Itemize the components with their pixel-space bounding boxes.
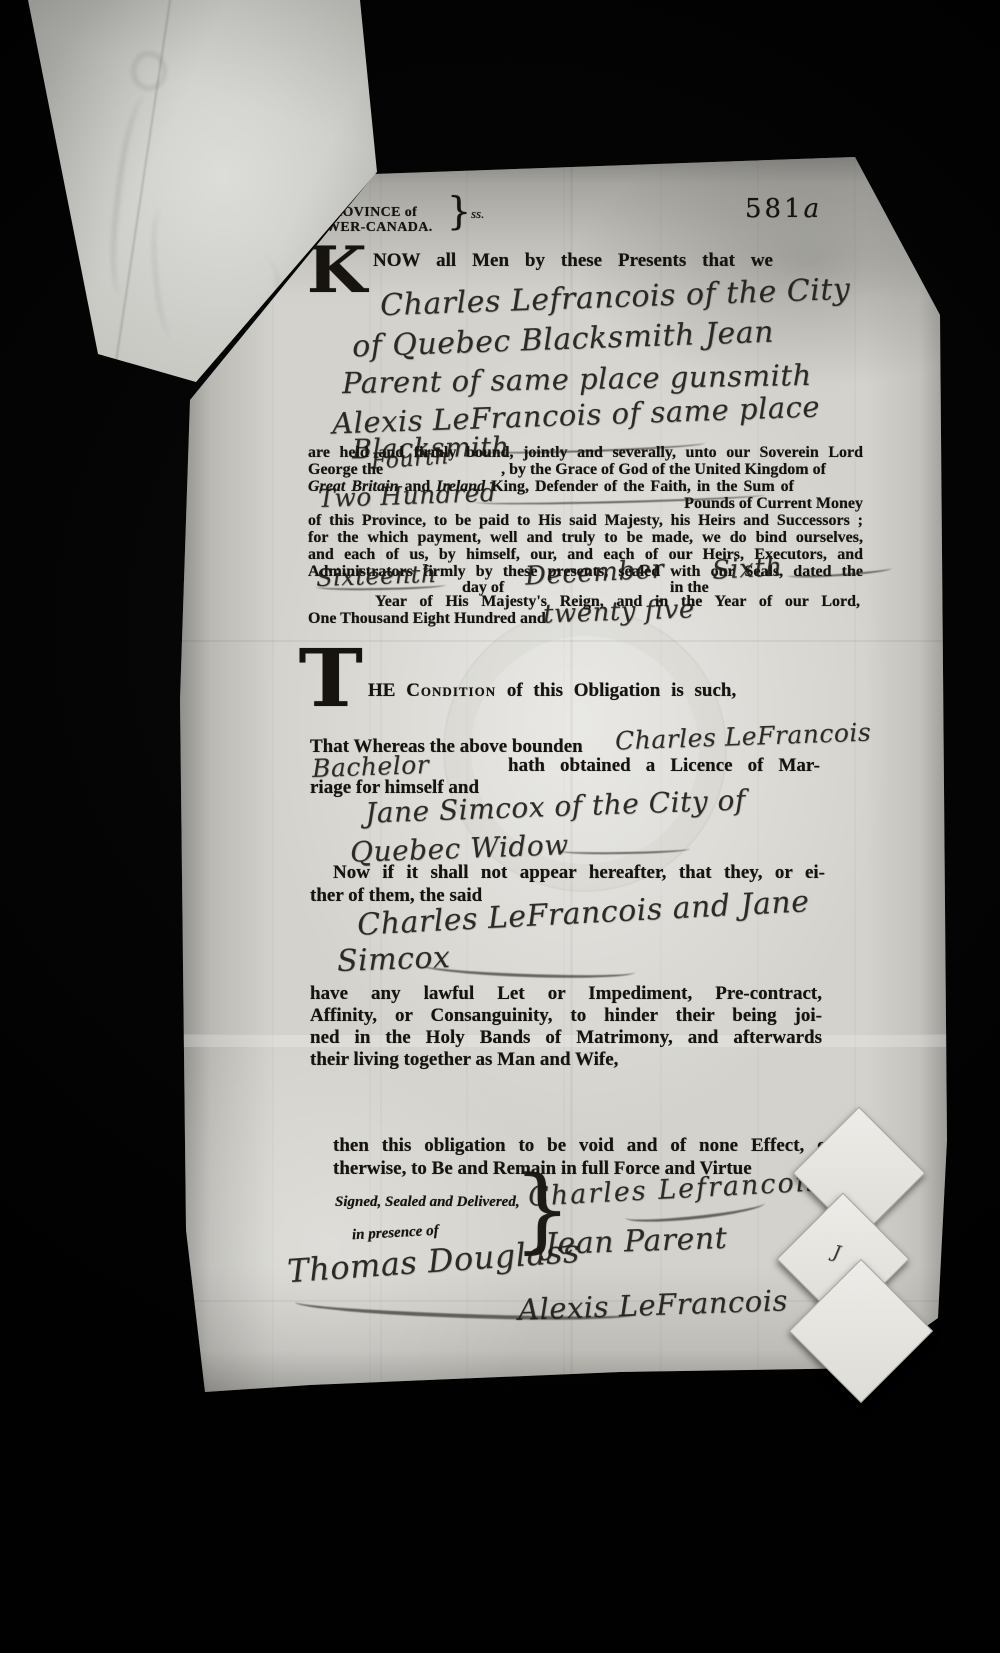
handwritten-party-line: Charles Lefrancois of the City bbox=[380, 272, 851, 323]
document-number-suffix: a bbox=[804, 194, 823, 224]
document-number: 581a bbox=[745, 196, 822, 222]
document-number-digits: 581 bbox=[745, 194, 804, 224]
jurat-abbreviation: ss. bbox=[471, 206, 484, 222]
void-line: then this obligation to be void and of n… bbox=[333, 1135, 833, 1157]
pen-flourish bbox=[420, 956, 635, 980]
bond-line2-post: , by the Grace of God of the United King… bbox=[501, 461, 826, 478]
photostat-scan-background: PROVINCE of LOWER-CANADA. } ss. 581a K N… bbox=[0, 0, 1000, 1653]
condition-he: HE bbox=[368, 680, 395, 701]
handwritten-month: December bbox=[524, 554, 665, 591]
handwritten-couple-line: Simcox bbox=[336, 940, 451, 979]
condition-rest: of this Obligation is such, bbox=[507, 680, 736, 701]
signature-alexis-lefrancois: Alexis LeFrancois bbox=[517, 1283, 788, 1326]
impediment-line: ned in the Holy Bands of Matrimony, and … bbox=[310, 1027, 822, 1049]
impediment-line: Affinity, or Consanguinity, to hinder th… bbox=[310, 1005, 822, 1027]
province-brace: } bbox=[447, 192, 471, 230]
attestation-line2: in presence of bbox=[352, 1223, 439, 1244]
now-line: Now if it shall not appear hereafter, th… bbox=[333, 862, 825, 884]
handwritten-party-line: of Quebec Blacksmith Jean bbox=[352, 315, 775, 365]
handwritten-sum: Two Hundred bbox=[318, 478, 497, 513]
ink-bleedthrough-mark bbox=[148, 207, 188, 339]
bond-line: of this Province, to be paid to His said… bbox=[308, 512, 863, 529]
opening-line: NOW all Men by these Presents that we bbox=[373, 250, 773, 271]
condition-heading: HE Condition of this Obligation is such, bbox=[368, 680, 736, 702]
handwritten-reign-year: Sixth bbox=[711, 552, 783, 586]
condition-smallcaps: Condition bbox=[406, 680, 496, 701]
signature-thomas-douglass: Thomas Douglass bbox=[286, 1232, 581, 1290]
licence-line: hath obtained a Licence of Mar- bbox=[508, 755, 820, 777]
impediment-line: their living together as Man and Wife, bbox=[310, 1049, 822, 1071]
impediment-line: have any lawful Let or Impediment, Pre-c… bbox=[310, 983, 822, 1005]
bond-line: for the which payment, well and truly to… bbox=[308, 529, 863, 546]
ink-bleedthrough-mark bbox=[132, 52, 166, 90]
dropcap-T: T bbox=[299, 642, 363, 714]
handwritten-year: twenty five bbox=[543, 594, 696, 629]
attestation-line1: Signed, Sealed and Delivered, bbox=[335, 1194, 520, 1210]
dropcap-K: K bbox=[307, 242, 367, 300]
